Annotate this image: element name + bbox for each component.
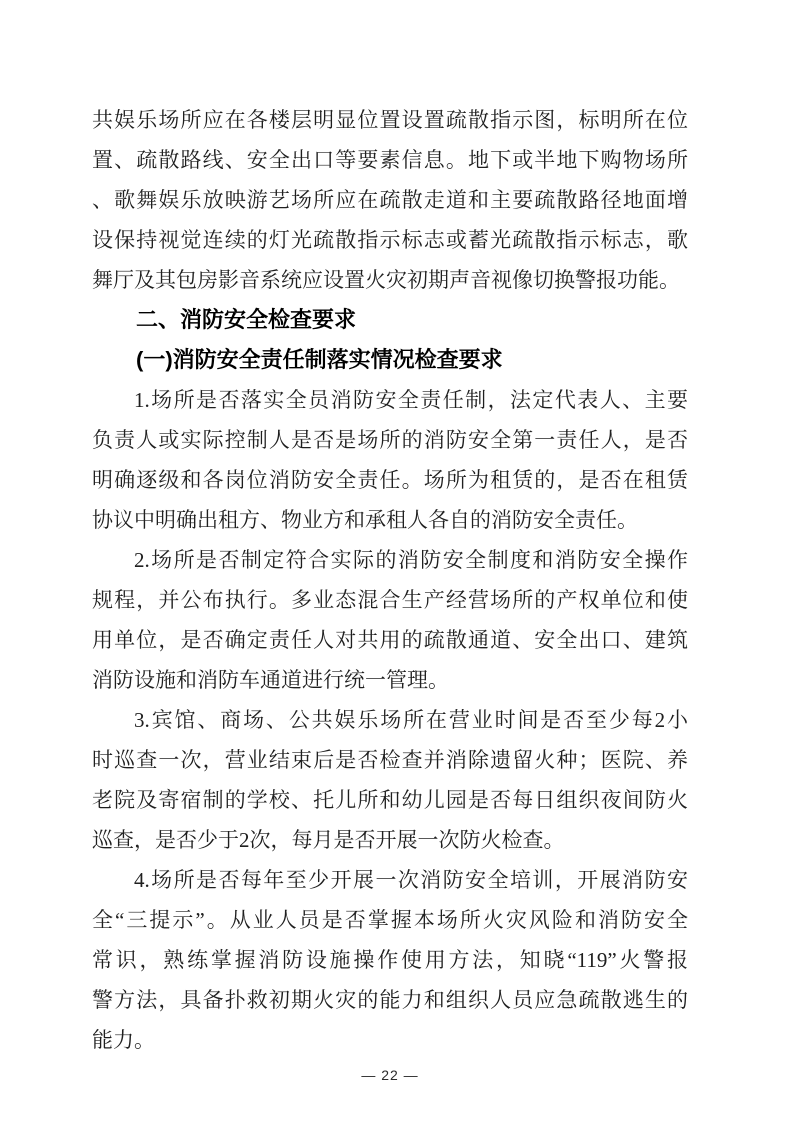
paragraph-item-2: 2.场所是否制定符合实际的消防安全制度和消防安全操作 规程，并公布执行。多业态混… bbox=[92, 540, 688, 700]
text-line: 3.宾馆、商场、公共娱乐场所在营业时间是否至少每2小 bbox=[92, 700, 688, 740]
text-line: 时巡查一次，营业结束后是否检查并消除遗留火种；医院、养 bbox=[92, 740, 688, 780]
text-line: 消防设施和消防车通道进行统一管理。 bbox=[92, 660, 688, 700]
document-page: 共娱乐场所应在各楼层明显位置设置疏散指示图，标明所在位 置、疏散路线、安全出口等… bbox=[0, 0, 793, 1122]
text-line: 巡查，是否少于2次，每月是否开展一次防火检查。 bbox=[92, 820, 688, 860]
text-line: 全“三提示”。从业人员是否掌握本场所火灾风险和消防安全 bbox=[92, 900, 688, 940]
page-number: — 22 — bbox=[361, 1067, 418, 1083]
text-line: 警方法，具备扑救初期火灾的能力和组织人员应急疏散逃生的 bbox=[92, 980, 688, 1020]
paragraph-item-4: 4.场所是否每年至少开展一次消防安全培训，开展消防安 全“三提示”。从业人员是否… bbox=[92, 860, 688, 1060]
paragraph-item-1: 1.场所是否落实全员消防安全责任制，法定代表人、主要 负责人或实际控制人是否是场… bbox=[92, 380, 688, 540]
paragraph-continuation: 共娱乐场所应在各楼层明显位置设置疏散指示图，标明所在位 置、疏散路线、安全出口等… bbox=[92, 100, 688, 300]
text-line: 规程，并公布执行。多业态混合生产经营场所的产权单位和使 bbox=[92, 580, 688, 620]
text-line: 设保持视觉连续的灯光疏散指示标志或蓄光疏散指示标志，歌 bbox=[92, 220, 688, 260]
text-line: 常识，熟练掌握消防设施操作使用方法，知晓“119”火警报 bbox=[92, 940, 688, 980]
text-line: 明确逐级和各岗位消防安全责任。场所为租赁的，是否在租赁 bbox=[92, 460, 688, 500]
text-line: 老院及寄宿制的学校、托儿所和幼儿园是否每日组织夜间防火 bbox=[92, 780, 688, 820]
text-line: 能力。 bbox=[92, 1020, 688, 1060]
text-line: 4.场所是否每年至少开展一次消防安全培训，开展消防安 bbox=[92, 860, 688, 900]
text-line: 置、疏散路线、安全出口等要素信息。地下或半地下购物场所 bbox=[92, 140, 688, 180]
text-line: 共娱乐场所应在各楼层明显位置设置疏散指示图，标明所在位 bbox=[92, 100, 688, 140]
text-line: 负责人或实际控制人是否是场所的消防安全第一责任人，是否 bbox=[92, 420, 688, 460]
page-footer: — 22 — bbox=[92, 1062, 688, 1084]
text-line: 协议中明确出租方、物业方和承租人各自的消防安全责任。 bbox=[92, 500, 688, 540]
section-heading: 二、消防安全检查要求 bbox=[92, 300, 688, 340]
text-line: 、歌舞娱乐放映游艺场所应在疏散走道和主要疏散路径地面增 bbox=[92, 180, 688, 220]
text-line: 用单位，是否确定责任人对共用的疏散通道、安全出口、建筑 bbox=[92, 620, 688, 660]
text-line: 舞厅及其包房影音系统应设置火灾初期声音视像切换警报功能。 bbox=[92, 260, 688, 300]
paragraph-item-3: 3.宾馆、商场、公共娱乐场所在营业时间是否至少每2小 时巡查一次，营业结束后是否… bbox=[92, 700, 688, 860]
subsection-heading: (一)消防安全责任制落实情况检查要求 bbox=[92, 340, 688, 380]
text-line: 2.场所是否制定符合实际的消防安全制度和消防安全操作 bbox=[92, 540, 688, 580]
text-line: 1.场所是否落实全员消防安全责任制，法定代表人、主要 bbox=[92, 380, 688, 420]
